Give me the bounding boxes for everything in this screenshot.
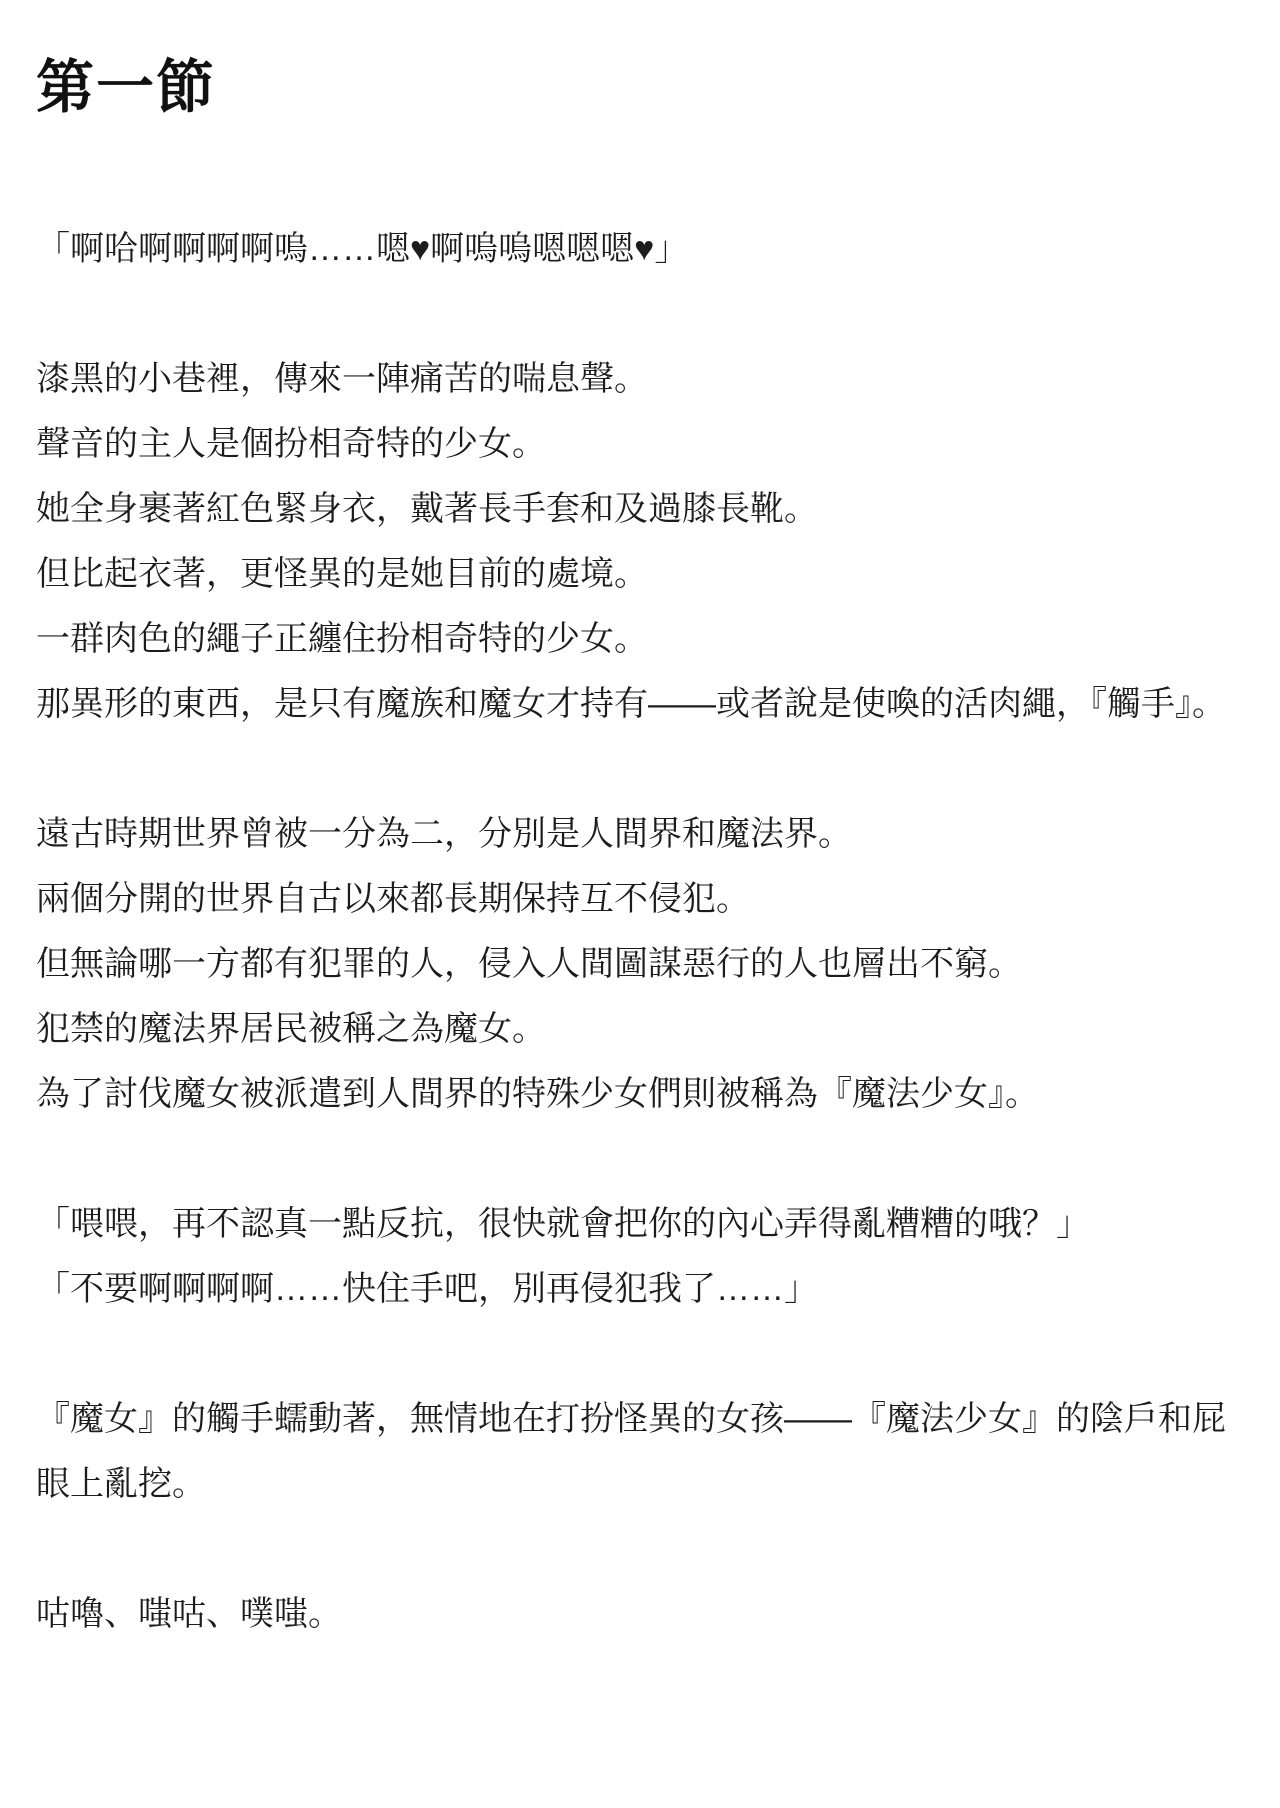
text-line: 但比起衣著，更怪異的是她目前的處境。 — [36, 542, 1244, 607]
text-line: 漆黑的小巷裡，傳來一陣痛苦的喘息聲。 — [36, 347, 1244, 412]
text-line: 「喂喂，再不認真一點反抗，很快就會把你的內心弄得亂糟糟的哦？」 — [36, 1192, 1244, 1257]
text-line: 那異形的東西，是只有魔族和魔女才持有——或者說是使喚的活肉繩，『觸手』。 — [36, 672, 1244, 737]
chapter-heading: 第一節 — [36, 50, 1244, 125]
text-line: 遠古時期世界曾被一分為二，分別是人間界和魔法界。 — [36, 802, 1244, 867]
text-line: 聲音的主人是個扮相奇特的少女。 — [36, 412, 1244, 477]
text-line: 「不要啊啊啊啊……快住手吧，別再侵犯我了……」 — [36, 1257, 1244, 1322]
text-line: 為了討伐魔女被派遣到人間界的特殊少女們則被稱為『魔法少女』。 — [36, 1062, 1244, 1127]
paragraph: 漆黑的小巷裡，傳來一陣痛苦的喘息聲。聲音的主人是個扮相奇特的少女。她全身裹著紅色… — [36, 347, 1244, 737]
paragraph: 「喂喂，再不認真一點反抗，很快就會把你的內心弄得亂糟糟的哦？」「不要啊啊啊啊……… — [36, 1192, 1244, 1322]
text-line: 兩個分開的世界自古以來都長期保持互不侵犯。 — [36, 867, 1244, 932]
text-line: 『魔女』的觸手蠕動著，無情地在打扮怪異的女孩——『魔法少女』的陰戶和屁眼上亂挖。 — [36, 1387, 1244, 1517]
text-line: 但無論哪一方都有犯罪的人，侵入人間圖謀惡行的人也層出不窮。 — [36, 932, 1244, 997]
paragraph: 「啊哈啊啊啊啊嗚……嗯♥啊嗚嗚嗯嗯嗯♥」 — [36, 217, 1244, 282]
paragraph: 遠古時期世界曾被一分為二，分別是人間界和魔法界。兩個分開的世界自古以來都長期保持… — [36, 802, 1244, 1127]
text-line: 犯禁的魔法界居民被稱之為魔女。 — [36, 997, 1244, 1062]
text-line: 她全身裹著紅色緊身衣，戴著長手套和及過膝長靴。 — [36, 477, 1244, 542]
novel-page: 第一節 「啊哈啊啊啊啊嗚……嗯♥啊嗚嗚嗯嗯嗯♥」漆黑的小巷裡，傳來一陣痛苦的喘息… — [0, 0, 1280, 1808]
text-line: 咕嚕、嗤咕、噗嗤。 — [36, 1582, 1244, 1647]
text-line: 一群肉色的繩子正纏住扮相奇特的少女。 — [36, 607, 1244, 672]
text-line: 「啊哈啊啊啊啊嗚……嗯♥啊嗚嗚嗯嗯嗯♥」 — [36, 217, 1244, 282]
paragraph: 『魔女』的觸手蠕動著，無情地在打扮怪異的女孩——『魔法少女』的陰戶和屁眼上亂挖。 — [36, 1387, 1244, 1517]
paragraph: 咕嚕、嗤咕、噗嗤。 — [36, 1582, 1244, 1647]
page-body: 「啊哈啊啊啊啊嗚……嗯♥啊嗚嗚嗯嗯嗯♥」漆黑的小巷裡，傳來一陣痛苦的喘息聲。聲音… — [36, 217, 1244, 1647]
